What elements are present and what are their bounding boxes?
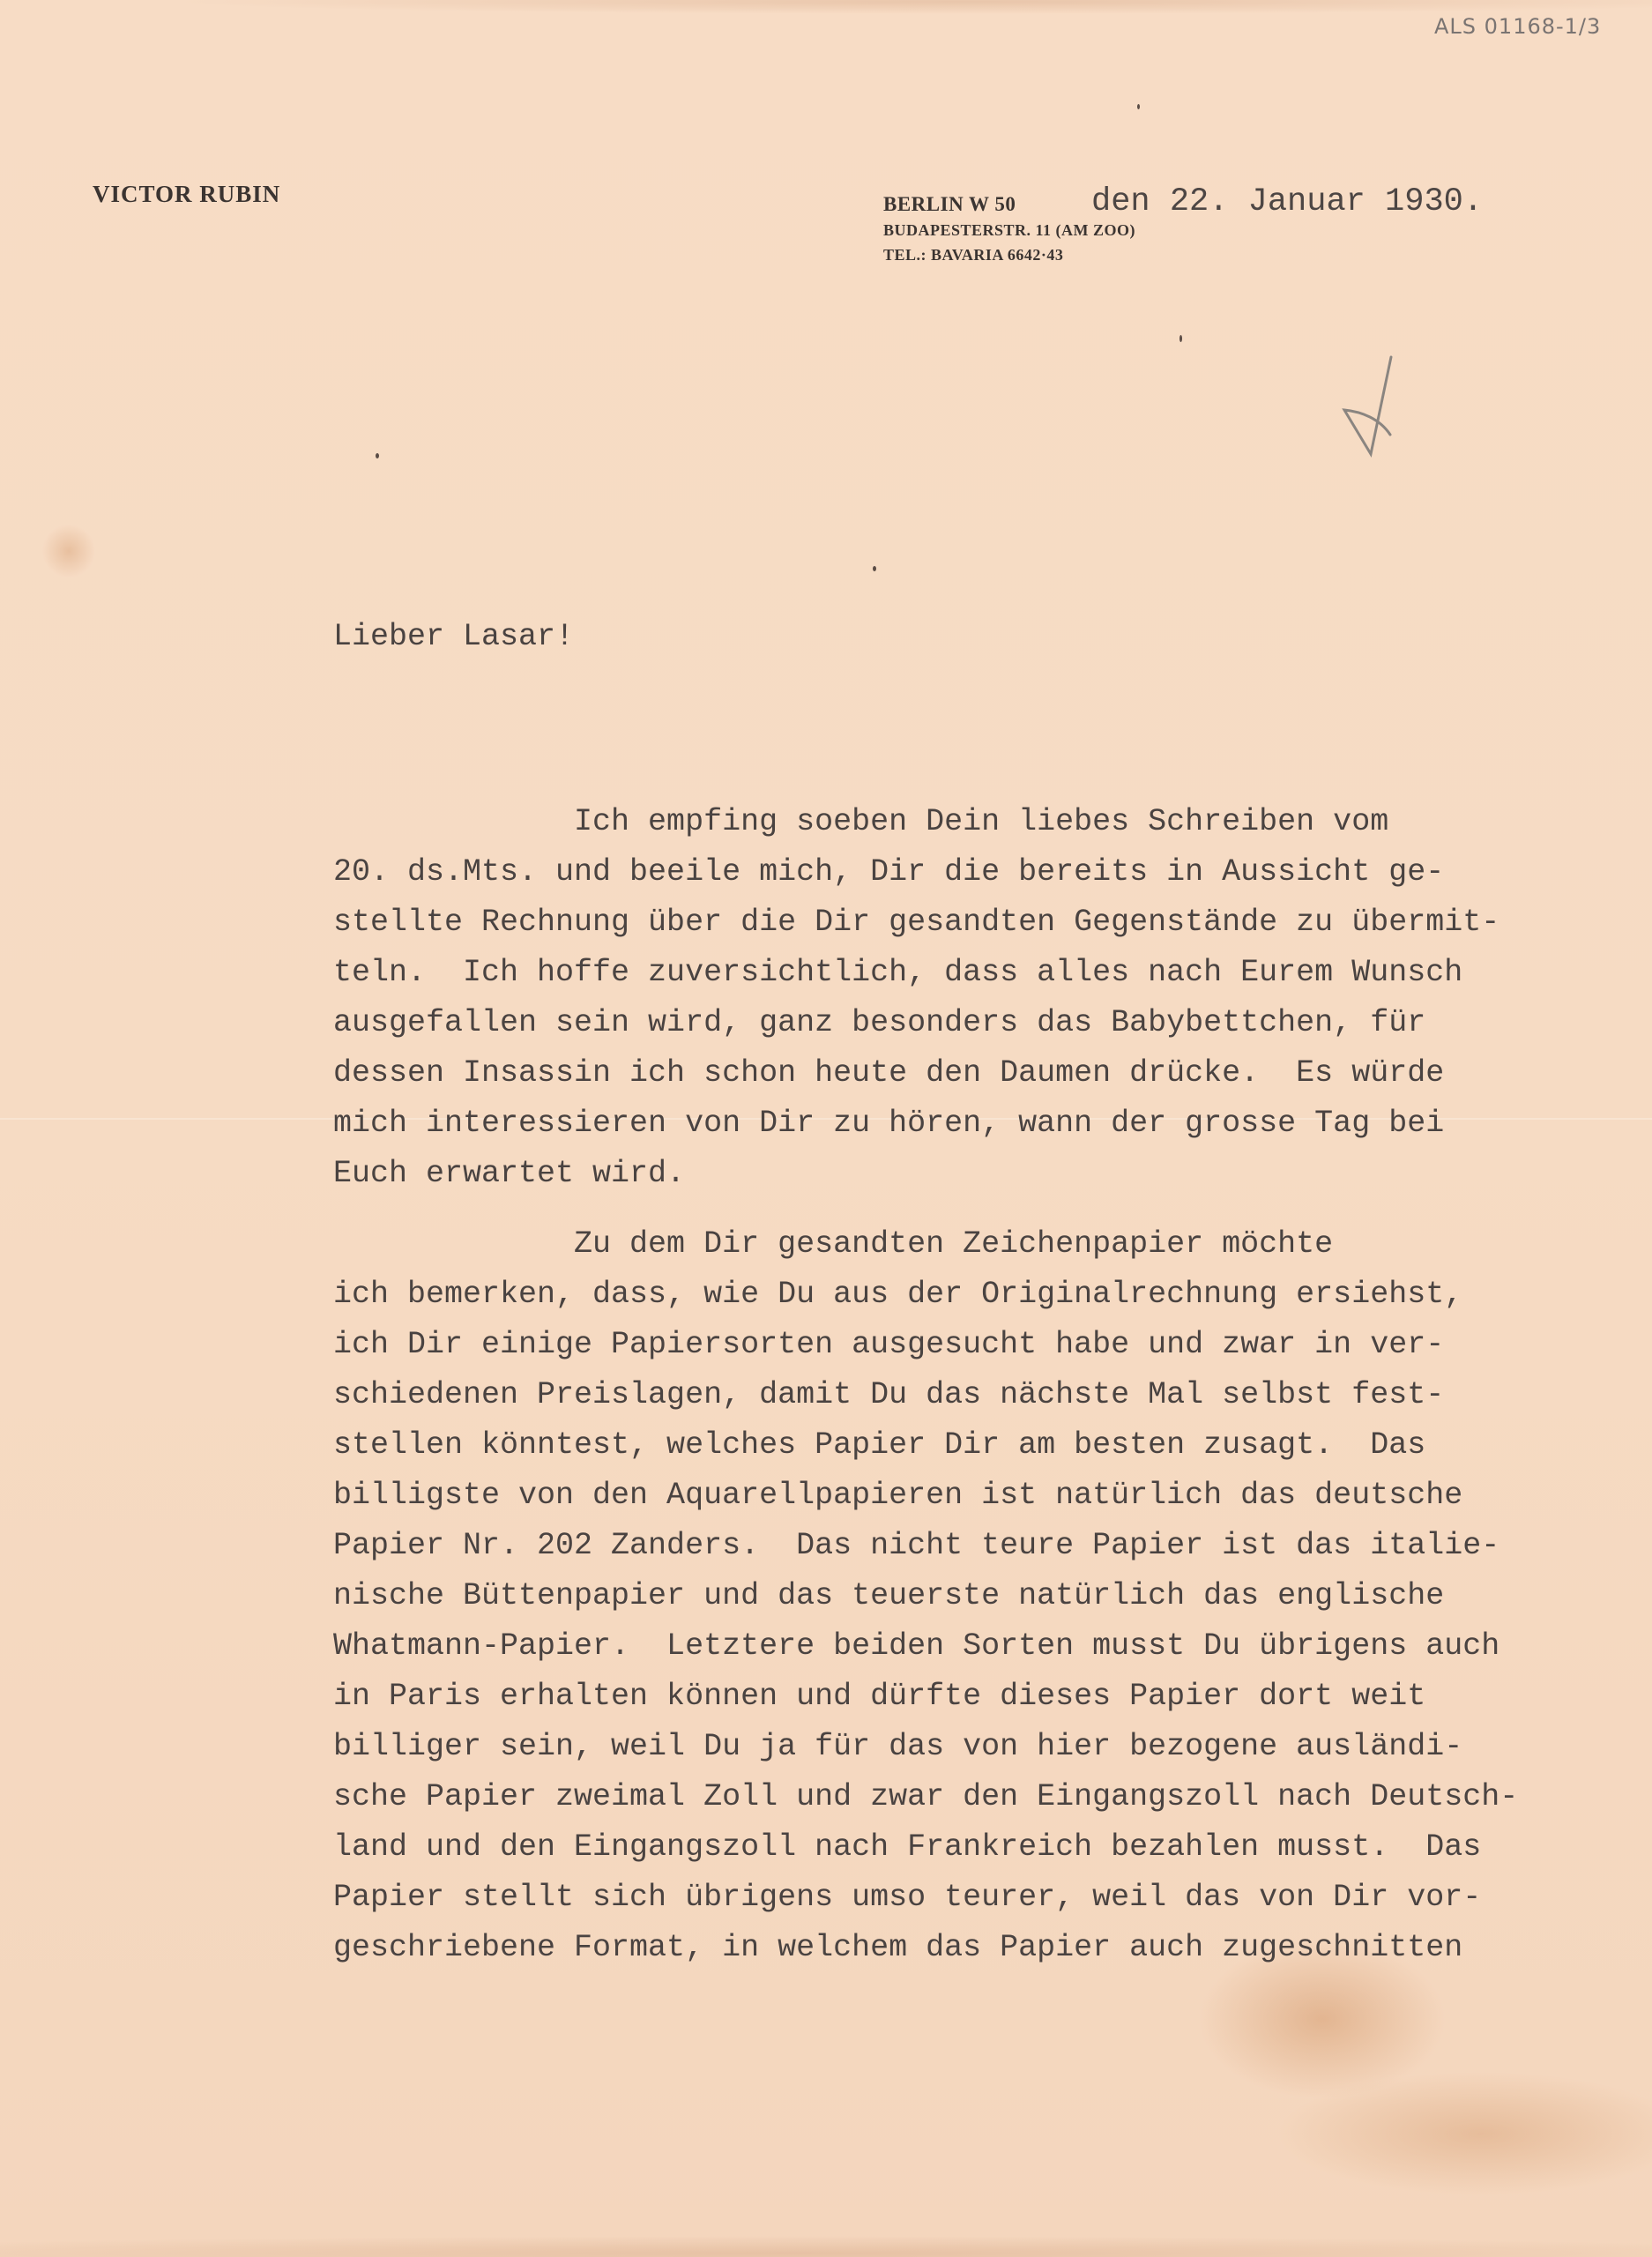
text-line: Papier stellt sich übrigens umso teurer,… bbox=[333, 1873, 1518, 1923]
text-line: in Paris erhalten können und dürfte dies… bbox=[333, 1672, 1518, 1722]
text-line: mich interessieren von Dir zu hören, wan… bbox=[333, 1099, 1518, 1149]
paragraph-gap bbox=[333, 1199, 1518, 1219]
paragraph: Zu dem Dir gesandten Zeichenpapier möcht… bbox=[333, 1219, 1518, 1973]
ink-speck bbox=[1137, 104, 1140, 109]
text-line: dessen Insassin ich schon heute den Daum… bbox=[333, 1048, 1518, 1099]
text-line: Whatmann-Papier. Letztere beiden Sorten … bbox=[333, 1621, 1518, 1672]
ink-speck bbox=[873, 566, 876, 571]
text-line: ich bemerken, dass, wie Du aus der Origi… bbox=[333, 1270, 1518, 1320]
text-line: stellen könntest, welches Papier Dir am … bbox=[333, 1420, 1518, 1471]
text-line: land und den Eingangszoll nach Frankreic… bbox=[333, 1822, 1518, 1873]
salutation: Lieber Lasar! bbox=[333, 619, 574, 654]
text-line: schiedenen Preislagen, damit Du das näch… bbox=[333, 1370, 1518, 1420]
text-line: Zu dem Dir gesandten Zeichenpapier möcht… bbox=[333, 1219, 1518, 1270]
pencil-check-mark-icon bbox=[1327, 348, 1415, 463]
paragraph: Ich empfing soeben Dein liebes Schreiben… bbox=[333, 797, 1518, 1199]
text-line: sche Papier zweimal Zoll und zwar den Ei… bbox=[333, 1772, 1518, 1822]
letter-body: Ich empfing soeben Dein liebes Schreiben… bbox=[333, 797, 1518, 1973]
letterhead-street: BUDAPESTERSTR. 11 (AM ZOO) bbox=[883, 221, 1135, 240]
text-line: nische Büttenpapier und das teuerste nat… bbox=[333, 1571, 1518, 1621]
text-line: Papier Nr. 202 Zanders. Das nicht teure … bbox=[333, 1521, 1518, 1571]
text-line: teln. Ich hoffe zuversichtlich, dass all… bbox=[333, 948, 1518, 998]
text-line: Euch erwartet wird. bbox=[333, 1149, 1518, 1199]
text-line: geschriebene Format, in welchem das Papi… bbox=[333, 1923, 1518, 1973]
text-line: ich Dir einige Papiersorten ausgesucht h… bbox=[333, 1320, 1518, 1370]
archive-id-annotation: ALS 01168-1/3 bbox=[1434, 14, 1601, 39]
text-line: ausgefallen sein wird, ganz besonders da… bbox=[333, 998, 1518, 1048]
text-line: Ich empfing soeben Dein liebes Schreiben… bbox=[333, 797, 1518, 847]
letterhead-name: VICTOR RUBIN bbox=[93, 181, 280, 208]
ink-speck bbox=[376, 453, 379, 458]
letterhead-telephone: TEL.: BAVARIA 6642·43 bbox=[883, 246, 1063, 264]
letter-date: den 22. Januar 1930. bbox=[1091, 183, 1483, 220]
text-line: billiger sein, weil Du ja für das von hi… bbox=[333, 1722, 1518, 1772]
letterhead-city: BERLIN W 50 bbox=[883, 193, 1016, 216]
text-line: 20. ds.Mts. und beeile mich, Dir die ber… bbox=[333, 847, 1518, 898]
text-line: billigste von den Aquarellpapieren ist n… bbox=[333, 1471, 1518, 1521]
ink-speck bbox=[1179, 335, 1182, 342]
text-line: stellte Rechnung über die Dir gesandten … bbox=[333, 898, 1518, 948]
